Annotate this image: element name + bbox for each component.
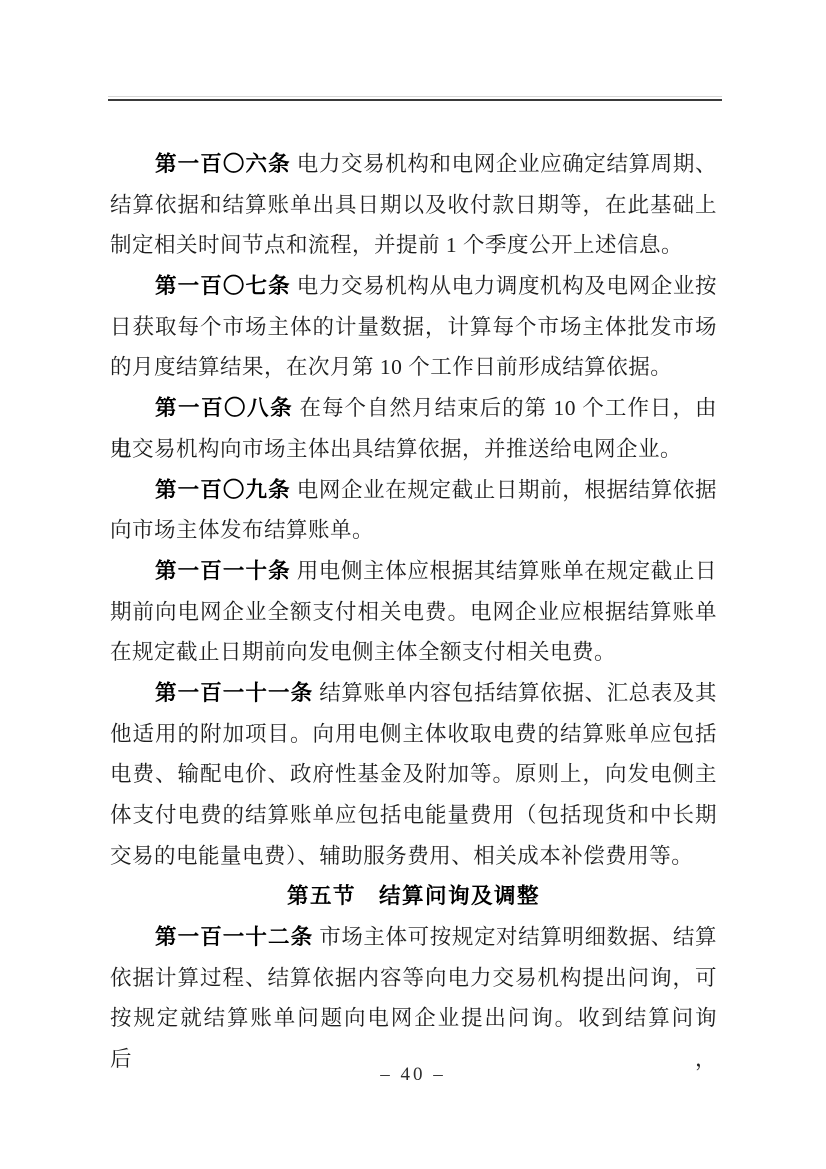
text-line: 的月度结算结果，在次月第 10 个工作日前形成结算依据。 <box>110 347 717 388</box>
page-number: – 40 – <box>380 1064 446 1085</box>
text-line: 他适用的附加项目。向用电侧主体收取电费的结算账单应包括 <box>110 714 717 755</box>
article-number: 第一百〇六条 <box>155 152 291 176</box>
document-page: 第一百〇六条 电力交易机构和电网企业应确定结算周期、结算依据和结算账单出具日期以… <box>0 0 826 1169</box>
text-line: 期前向电网企业全额支付相关电费。电网企业应根据结算账单 <box>110 592 717 633</box>
article-number: 第一百一十条 <box>155 559 291 583</box>
text-line: 在规定截止日期前向发电侧主体全额支付相关电费。 <box>110 632 717 673</box>
text-line: 第一百〇六条 电力交易机构和电网企业应确定结算周期、 <box>110 144 717 185</box>
text-line: 第一百〇七条 电力交易机构从电力调度机构及电网企业按 <box>110 266 717 307</box>
article-number: 第一百一十一条 <box>155 681 313 705</box>
article-number: 第一百一十二条 <box>155 925 313 949</box>
text-line: 第一百〇八条 在每个自然月结束后的第 10 个工作日，由电 <box>110 388 717 429</box>
header-rule <box>108 96 722 101</box>
text-line: 交易的电能量电费）、辅助服务费用、相关成本补偿费用等。 <box>110 836 717 877</box>
article-number: 第一百〇七条 <box>155 274 291 298</box>
document-body: 第一百〇六条 电力交易机构和电网企业应确定结算周期、结算依据和结算账单出具日期以… <box>110 144 717 1039</box>
article-number: 第一百〇九条 <box>155 478 291 502</box>
text-line: 第一百〇九条 电网企业在规定截止日期前，根据结算依据 <box>110 470 717 511</box>
article-number: 第一百〇八条 <box>155 396 293 420</box>
text-line: 按规定就结算账单问题向电网企业提出问询。收到结算问询后， <box>110 998 717 1039</box>
page-footer: – 40 – <box>0 1064 826 1086</box>
text-line: 第一百一十一条 结算账单内容包括结算依据、汇总表及其 <box>110 673 717 714</box>
text-line: 第一百一十二条 市场主体可按规定对结算明细数据、结算 <box>110 917 717 958</box>
text-line: 日获取每个市场主体的计量数据，计算每个市场主体批发市场 <box>110 307 717 348</box>
section-heading: 第五节 结算问询及调整 <box>110 876 717 917</box>
text-line: 力交易机构向市场主体出具结算依据，并推送给电网企业。 <box>110 429 717 470</box>
text-line: 向市场主体发布结算账单。 <box>110 510 717 551</box>
text-line: 依据计算过程、结算依据内容等向电力交易机构提出问询，可 <box>110 958 717 999</box>
text-line: 电费、输配电价、政府性基金及附加等。原则上，向发电侧主 <box>110 754 717 795</box>
text-line: 制定相关时间节点和流程，并提前 1 个季度公开上述信息。 <box>110 225 717 266</box>
text-line: 第一百一十条 用电侧主体应根据其结算账单在规定截止日 <box>110 551 717 592</box>
text-line: 体支付电费的结算账单应包括电能量费用（包括现货和中长期 <box>110 795 717 836</box>
text-line: 结算依据和结算账单出具日期以及收付款日期等，在此基础上 <box>110 185 717 226</box>
